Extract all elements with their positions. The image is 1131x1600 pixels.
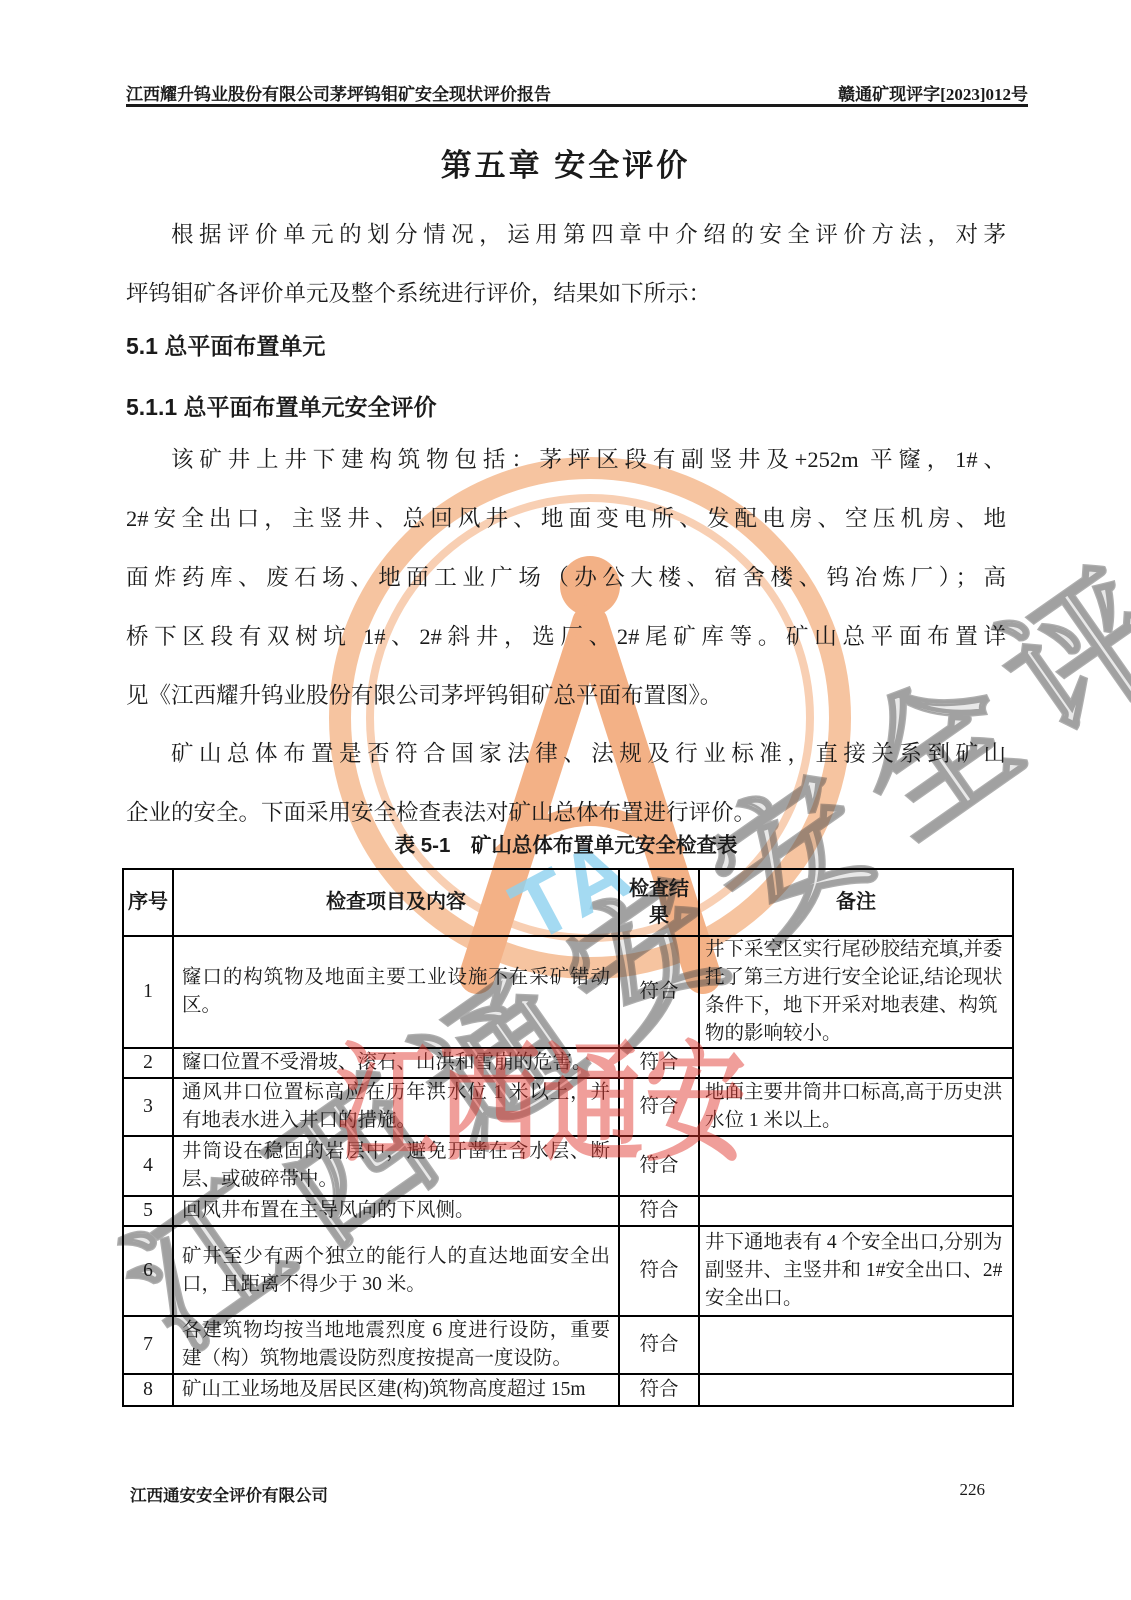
table-row-2-item: 窿口位置不受滑坡、滚石、山洪和雪崩的危害。 xyxy=(174,1049,620,1079)
chapter-title: 第五章 安全评价 xyxy=(0,140,1131,185)
header-rule xyxy=(126,104,1028,107)
paragraph-line: 矿山总体布置是否符合国家法律、法规及行业标准，直接关系到矿山 xyxy=(126,724,1006,783)
table-row-4-note xyxy=(700,1137,1012,1197)
table-row-5-note xyxy=(700,1197,1012,1227)
table-row-1-note: 井下采空区实行尾砂胶结充填,并委托了第三方进行安全论证,结论现状条件下，地下开采… xyxy=(700,937,1012,1049)
paragraph-1: 根据评价单元的划分情况，运用第四章中介绍的安全评价方法，对茅 坪钨钼矿各评价单元… xyxy=(126,205,1006,323)
column-header-note: 备注 xyxy=(700,870,1012,937)
table-row-5-item: 回风井布置在主导风向的下风侧。 xyxy=(174,1197,620,1227)
table-row-7-item: 各建筑物均按当地地震烈度 6 度进行设防，重要建（构）筑物地震设防烈度按提高一度… xyxy=(174,1317,620,1375)
table-row-1-item: 窿口的构筑物及地面主要工业设施不在采矿错动区。 xyxy=(174,937,620,1049)
table-row-3-item: 通风井口位置标高应在历年洪水位 1 米以上，并有地表水进入井口的措施。 xyxy=(174,1079,620,1137)
section-heading-5-1: 5.1 总平面布置单元 xyxy=(126,328,1006,361)
table-row-6-no: 6 xyxy=(124,1227,174,1317)
table-row-6-note: 井下通地表有 4 个安全出口,分别为副竖井、主竖井和 1#安全出口、2#安全出口… xyxy=(700,1227,1012,1317)
footer-page-number: 226 xyxy=(960,1480,986,1500)
table-row-4-item: 井筒设在稳固的岩层中，避免开凿在含水层、断层、或破碎带中。 xyxy=(174,1137,620,1197)
table-row-8-note xyxy=(700,1375,1012,1405)
page-header: 江西耀升钨业股份有限公司茅坪钨钼矿安全现状评价报告 赣通矿现评字[2023]01… xyxy=(126,80,1028,105)
paragraph-line: 该矿井上井下建构筑物包括：茅坪区段有副竖井及+252m 平窿，1#、 xyxy=(126,430,1006,489)
table-row-2-note xyxy=(700,1049,1012,1079)
footer-company: 江西通安安全评价有限公司 xyxy=(130,1482,328,1506)
table-row-4-no: 4 xyxy=(124,1137,174,1197)
paragraph-2: 该矿井上井下建构筑物包括：茅坪区段有副竖井及+252m 平窿，1#、 2#安全出… xyxy=(126,430,1006,725)
paragraph-line: 根据评价单元的划分情况，运用第四章中介绍的安全评价方法，对茅 xyxy=(126,205,1006,264)
table-row-7-result: 符合 xyxy=(620,1317,700,1375)
page-content: 江西耀升钨业股份有限公司茅坪钨钼矿安全现状评价报告 赣通矿现评字[2023]01… xyxy=(0,0,1131,1600)
table-row-5-no: 5 xyxy=(124,1197,174,1227)
section-heading-5-1-1: 5.1.1 总平面布置单元安全评价 xyxy=(126,389,1006,422)
table-row-6-item: 矿井至少有两个独立的能行人的直达地面安全出口，且距离不得少于 30 米。 xyxy=(174,1227,620,1317)
table-row-3-no: 3 xyxy=(124,1079,174,1137)
table-row-2-no: 2 xyxy=(124,1049,174,1079)
table-row-7-note xyxy=(700,1317,1012,1375)
table-row-3-result: 符合 xyxy=(620,1079,700,1137)
table-row-3-note: 地面主要井筒井口标高,高于历史洪水位 1 米以上。 xyxy=(700,1079,1012,1137)
table-caption: 表 5-1 矿山总体布置单元安全检查表 xyxy=(122,828,1010,858)
paragraph-line: 坪钨钼矿各评价单元及整个系统进行评价，结果如下所示： xyxy=(126,264,1006,323)
paragraph-3: 矿山总体布置是否符合国家法律、法规及行业标准，直接关系到矿山 企业的安全。下面采… xyxy=(126,724,1006,842)
paragraph-line: 面炸药库、废石场、地面工业广场（办公大楼、宿舍楼、钨冶炼厂）；高 xyxy=(126,548,1006,607)
column-header-item: 检查项目及内容 xyxy=(174,870,620,937)
paragraph-line: 2#安全出口，主竖井、总回风井、地面变电所、发配电房、空压机房、地 xyxy=(126,489,1006,548)
header-right-text: 赣通矿现评字[2023]012号 xyxy=(838,80,1028,105)
table-row-1-result: 符合 xyxy=(620,937,700,1049)
table-row-1-no: 1 xyxy=(124,937,174,1049)
document-page: 江西通安安全评价有限公司 TA 江西耀升钨业股份有限公司茅坪钨钼矿安全现状评价报… xyxy=(0,0,1131,1600)
table-row-8-no: 8 xyxy=(124,1375,174,1405)
table-row-6-result: 符合 xyxy=(620,1227,700,1317)
table-row-7-no: 7 xyxy=(124,1317,174,1375)
safety-checklist-table: 序号 检查项目及内容 检查结果 备注 1 窿口的构筑物及地面主要工业设施不在采矿… xyxy=(122,868,1014,1407)
header-left-text: 江西耀升钨业股份有限公司茅坪钨钼矿安全现状评价报告 xyxy=(126,80,551,105)
column-header-result: 检查结果 xyxy=(620,870,700,937)
table-row-8-item: 矿山工业场地及居民区建(构)筑物高度超过 15m xyxy=(174,1375,620,1405)
column-header-no: 序号 xyxy=(124,870,174,937)
table-row-5-result: 符合 xyxy=(620,1197,700,1227)
table-row-4-result: 符合 xyxy=(620,1137,700,1197)
paragraph-line: 桥下区段有双树坑 1#、2#斜井，选厂、2#尾矿库等。矿山总平面布置详 xyxy=(126,607,1006,666)
table-row-8-result: 符合 xyxy=(620,1375,700,1405)
table-row-2-result: 符合 xyxy=(620,1049,700,1079)
paragraph-line: 见《江西耀升钨业股份有限公司茅坪钨钼矿总平面布置图》。 xyxy=(126,666,1006,725)
